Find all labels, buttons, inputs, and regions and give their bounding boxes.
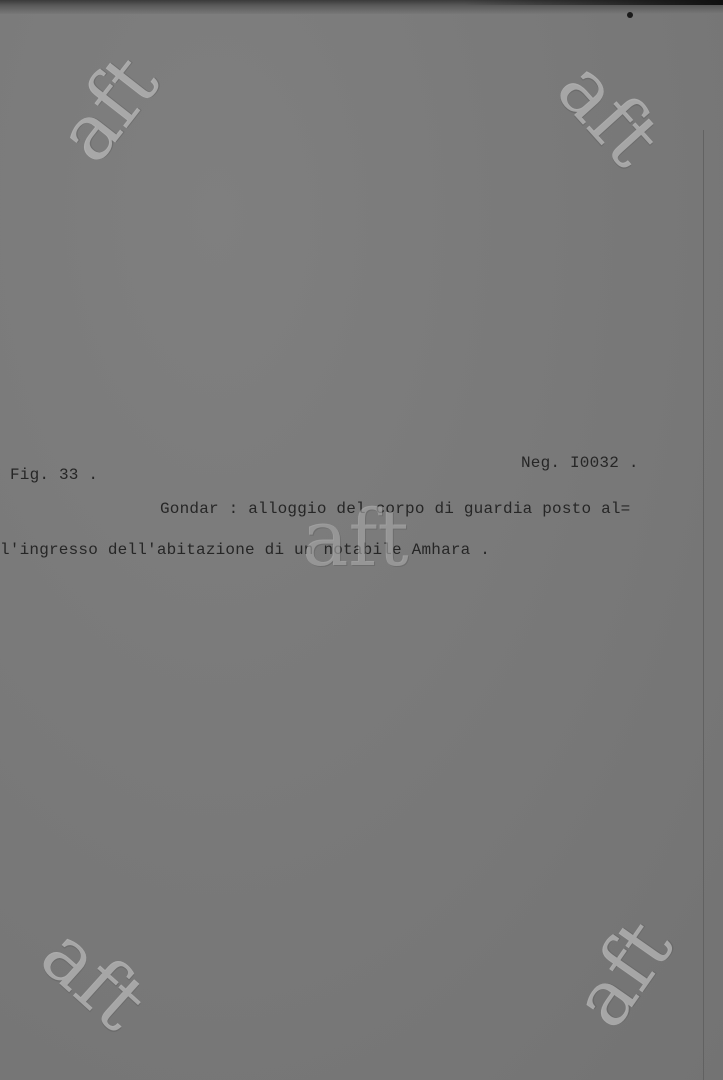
watermark-bottom-left: aft (28, 914, 159, 1043)
watermark-bottom-right: aft (561, 908, 686, 1040)
scan-speck (627, 12, 633, 18)
watermark-top-right: aft (544, 48, 673, 179)
watermark-center: aft (302, 500, 409, 578)
negative-number: Neg. I0032 . (521, 454, 639, 472)
document-page: aft aft aft aft Fig. 33 . Neg. I0032 . G… (0, 0, 723, 1080)
caption-line-2: l'ingresso dell'abitazione di un notabil… (0, 541, 490, 559)
scan-top-edge (0, 0, 723, 14)
figure-label: Fig. 33 . (10, 466, 98, 484)
watermark-top-left: aft (45, 43, 172, 175)
page-edge-line (703, 130, 704, 1080)
